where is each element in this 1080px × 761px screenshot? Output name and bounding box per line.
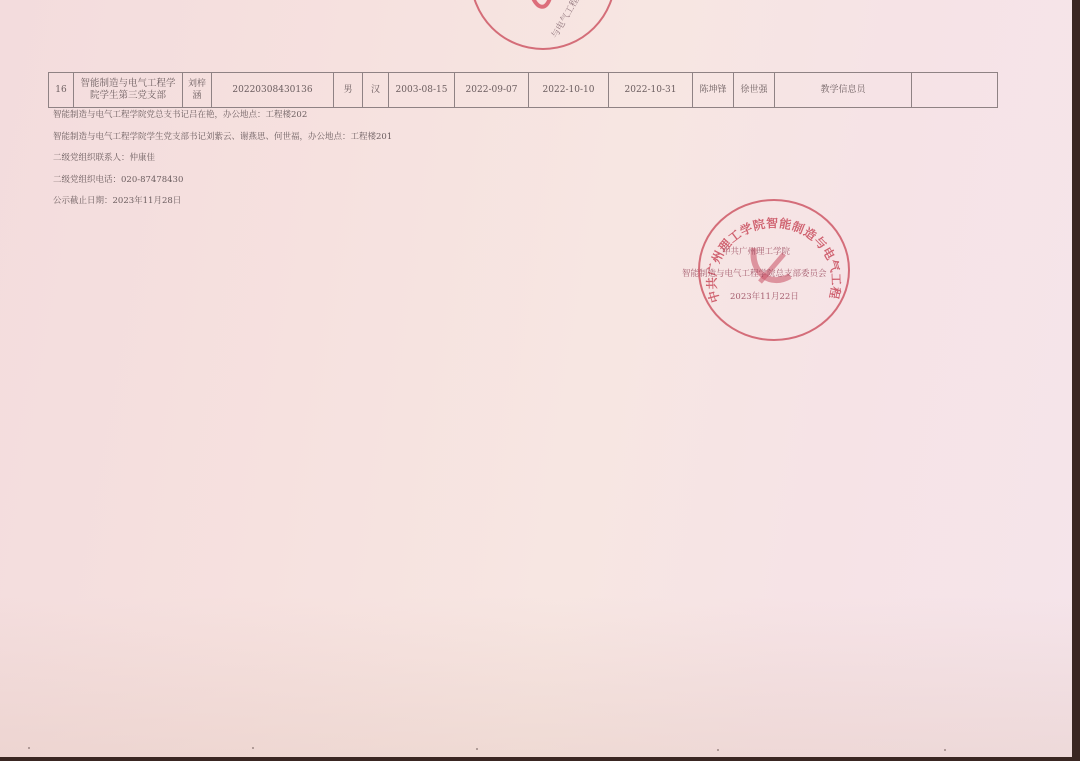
party-seal-top: 与电气工程 (470, 0, 616, 50)
cell-application-date: 2022-09-07 (455, 73, 529, 108)
note-branch-secretaries: 智能制造与电气工程学院学生党支部书记刘紫云、谢燕思、何世福，办公地点：工程楼20… (53, 131, 392, 153)
party-seal: 中共广州理工学院智能制造与电气工程学院总支部委员会 中共广州理工学院 智能制造与… (698, 199, 850, 341)
note-deadline: 公示截止日期：2023年11月28日 (53, 195, 392, 217)
cell-activist-date: 2022-10-10 (529, 73, 609, 108)
cell-date-4: 2022-10-31 (609, 73, 693, 108)
table-row: 16 智能制造与电气工程学院学生第三党支部 刘梓涵 20220308430136… (49, 73, 998, 108)
document-page: 与电气工程 16 智能制造与电气工程学院学生第三党支部 刘梓涵 20220308… (0, 0, 1072, 757)
seal-line-2: 智能制造与电气工程学院总支部委员会 (682, 267, 827, 279)
cell-birth-date: 2003-08-15 (389, 73, 455, 108)
party-emblem-icon (528, 0, 554, 12)
cell-ethnicity: 汉 (363, 73, 389, 108)
note-contact-person: 二级党组织联系人：仲康佳 (53, 152, 392, 174)
seal-line-1: 中共广州理工学院 (722, 245, 790, 257)
cell-name: 刘梓涵 (183, 73, 212, 108)
note-phone: 二级党组织电话：020-87478430 (53, 174, 392, 196)
cell-position: 教学信息员 (775, 73, 912, 108)
note-secretary: 智能制造与电气工程学院党总支书记吕在艳，办公地点：工程楼202 (53, 109, 392, 131)
cell-remarks (912, 73, 998, 108)
cell-branch: 智能制造与电气工程学院学生第三党支部 (74, 73, 183, 108)
cell-student-id: 20220308430136 (212, 73, 334, 108)
cell-gender: 男 (334, 73, 363, 108)
cell-contact-1: 陈坤锋 (693, 73, 734, 108)
cell-index: 16 (49, 73, 74, 108)
seal-date: 2023年11月22日 (730, 290, 799, 302)
cell-contact-2: 徐世强 (734, 73, 775, 108)
notes-section: 智能制造与电气工程学院党总支书记吕在艳，办公地点：工程楼202 智能制造与电气工… (53, 109, 392, 217)
roster-table: 16 智能制造与电气工程学院学生第三党支部 刘梓涵 20220308430136… (48, 72, 998, 108)
